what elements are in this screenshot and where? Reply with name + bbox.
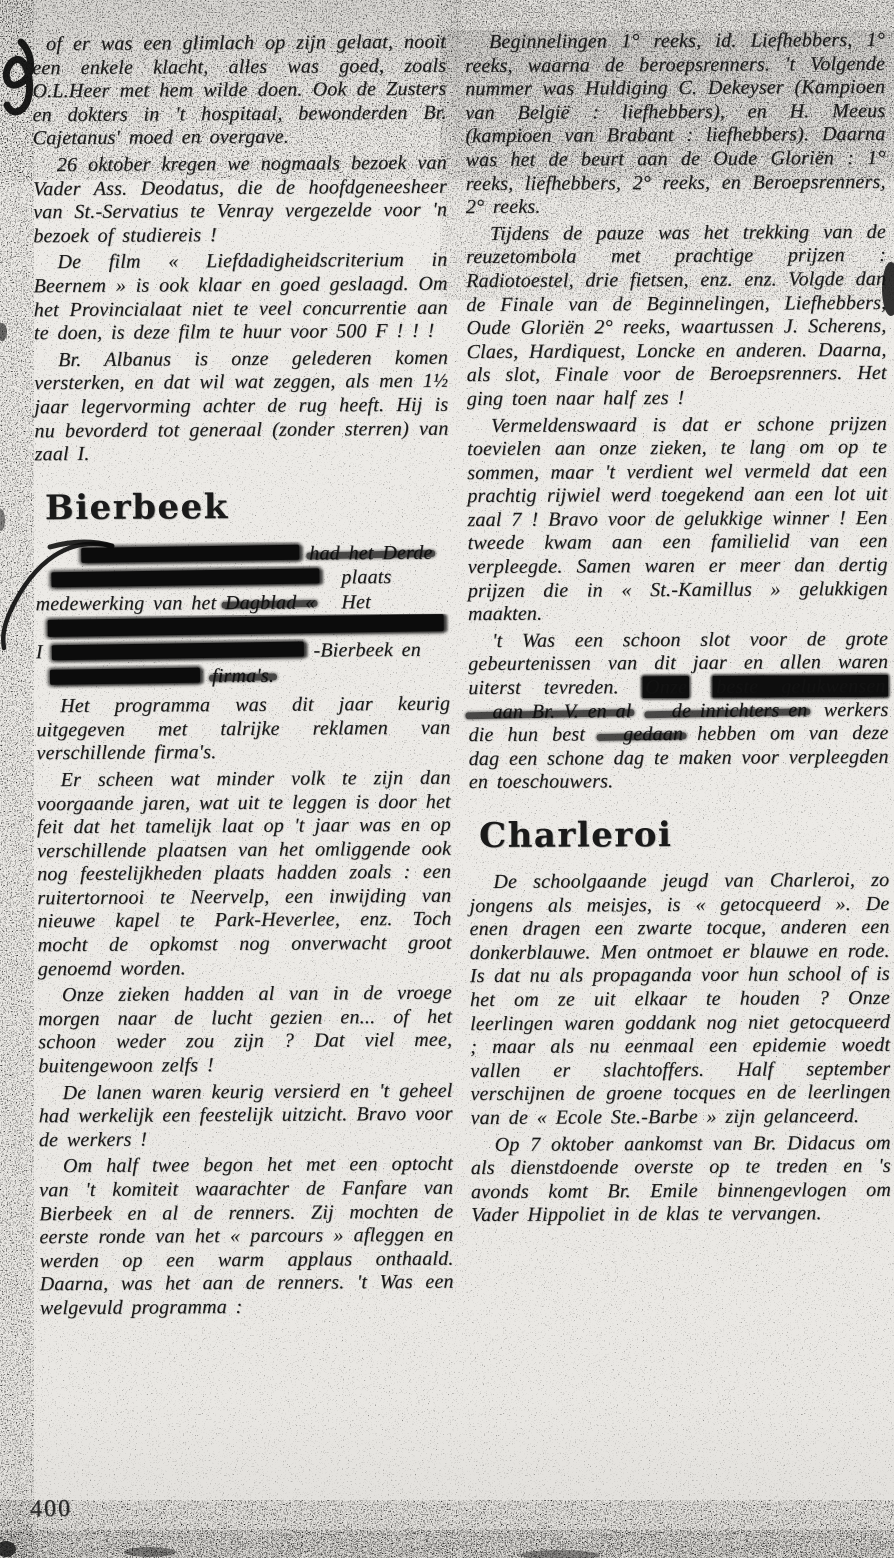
paragraph: De schoolgaande jeugd van Charleroi, zo …	[469, 869, 890, 1131]
redacted-paragraph: had het Derde plaatsmet medewerking van …	[35, 540, 450, 689]
paragraph: 26 oktober kregen we nogmaals bezoek van…	[33, 152, 448, 249]
redacted-line: medewerking van het Dagblad «Het	[35, 589, 449, 616]
scan-bottom-blob	[124, 1547, 176, 1557]
struck-text: de inrichters en	[648, 699, 808, 723]
paragraph: Er scheen wat minder volk te zijn dan vo…	[37, 767, 452, 982]
struck-text: aan Br. V. en al	[468, 700, 631, 724]
redacted-line: I -Bierbeek en	[36, 638, 450, 665]
fragment-text: plaats	[341, 566, 391, 588]
redacted-line	[36, 614, 450, 641]
paragraph: Op 7 oktober aankomst van Br. Didacus om…	[471, 1131, 891, 1228]
scanned-page: of er was een glimlach op zijn gelaat, n…	[0, 0, 894, 1558]
paragraph: Br. Albanus is onze gelederen komen vers…	[34, 346, 449, 466]
fragment-text: I	[36, 642, 43, 664]
struck-text: firma's.	[212, 664, 274, 689]
redaction-bar	[50, 667, 200, 684]
scan-bottom-blob	[520, 1550, 600, 1558]
redacted-line: plaatsmet	[35, 565, 449, 592]
struck-text: had het Derde	[309, 541, 432, 566]
paragraph: of er was een glimlach op zijn gelaat, n…	[32, 31, 447, 151]
fragment-text: medewerking van het	[35, 592, 216, 615]
redaction-bar	[51, 568, 319, 587]
redaction-bar	[48, 614, 444, 637]
paragraph-with-redactions: 't Was een schoon slot voor de grote geb…	[468, 628, 889, 795]
paragraph: De film « Liefdadigheidscriterium in Bee…	[33, 249, 448, 346]
redaction-bar	[81, 544, 299, 562]
redacted-word: Onze	[642, 676, 690, 698]
paragraph: De lanen waren keurig versierd en 't geh…	[38, 1079, 452, 1152]
scan-edge-blob	[0, 323, 7, 341]
section-heading-charleroi: Charleroi	[479, 815, 889, 855]
redacted-line: firma's.	[36, 662, 450, 689]
paragraph: Onze zieken hadden al van in de vroege m…	[38, 982, 453, 1079]
right-column: Beginnelingen 1° reeks, id. Liefhebbers,…	[465, 29, 891, 1231]
left-column: of er was een glimlach op zijn gelaat, n…	[32, 31, 454, 1324]
redacted-word: gedaan	[599, 723, 683, 747]
redacted-line: had het Derde	[35, 540, 449, 567]
redaction-bar	[51, 642, 303, 661]
section-heading-bierbeek: Bierbeek	[45, 486, 449, 526]
paragraph: Het programma was dit jaar keurig uitgeg…	[36, 693, 450, 766]
redacted-word: beste gelukwensen	[713, 675, 889, 698]
paragraph: Tijdens de pauze was het trekking van de…	[466, 221, 887, 412]
page-number: 400	[30, 1496, 72, 1524]
struck-text: Dagblad «	[225, 590, 315, 615]
paragraph: Beginnelingen 1° reeks, id. Liefhebbers,…	[465, 29, 886, 220]
paragraph: Om half twee begon het met een optocht v…	[39, 1153, 454, 1321]
fragment-text: Het	[341, 591, 371, 613]
fragment-text: -Bierbeek en	[313, 639, 421, 662]
paragraph: Vermeldenswaard is dat er schone prijzen…	[467, 412, 888, 627]
scan-corner-blob	[0, 1541, 16, 1557]
scan-edge-blob	[0, 509, 5, 531]
pen-flourish-mark	[6, 42, 30, 112]
